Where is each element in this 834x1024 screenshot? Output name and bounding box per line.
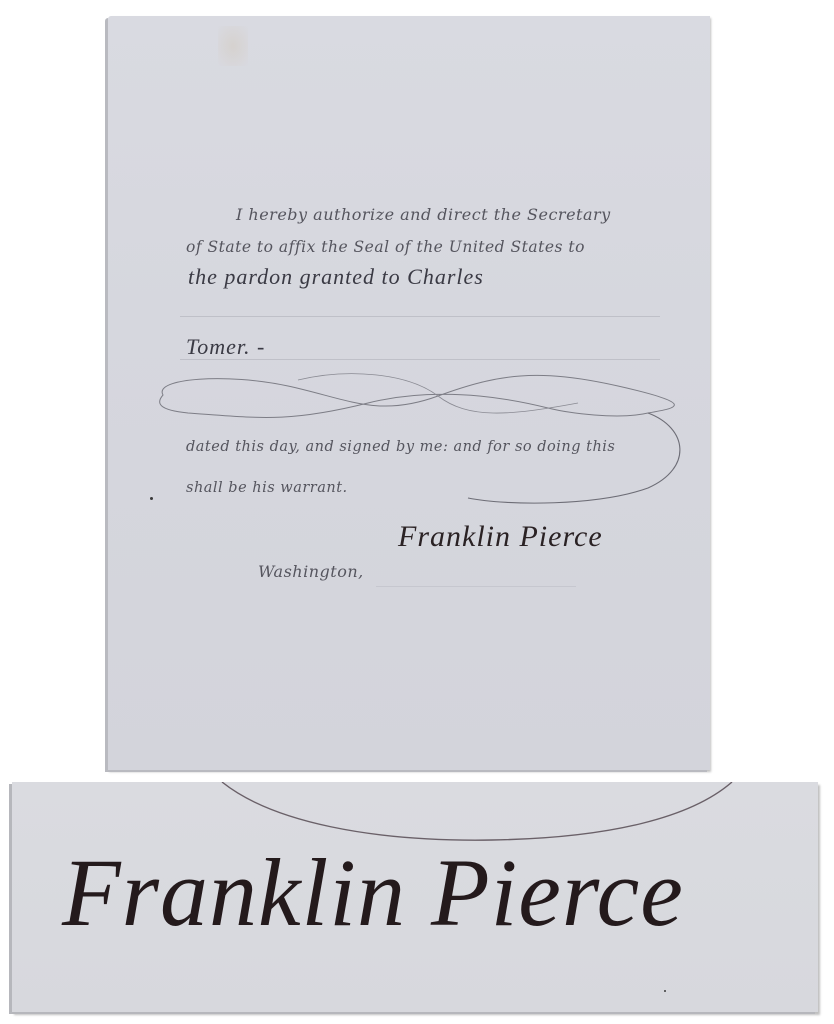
paper-stain <box>218 26 248 66</box>
place-label: Washington, <box>258 562 364 581</box>
ink-speck-strip <box>664 990 666 992</box>
signature: Franklin Pierce <box>398 520 603 554</box>
fill-line-2 <box>180 359 660 360</box>
pardon-recipient-line-2: Tomer. - <box>186 334 265 360</box>
pardon-recipient-line-1: the pardon granted to Charles <box>188 264 484 290</box>
body-line-5: dated this day, and signed by me: and fo… <box>186 439 615 455</box>
ink-speck <box>150 497 153 500</box>
body-line-2: of State to affix the Seal of the United… <box>186 238 585 256</box>
signature-enlarged: Franklin Pierce <box>62 837 684 948</box>
body-line-6: shall be his warrant. <box>186 480 348 496</box>
signature-detail-strip: Franklin Pierce <box>12 782 818 1012</box>
fill-line-place <box>376 586 576 587</box>
body-line-1: I hereby authorize and direct the Secret… <box>236 205 611 224</box>
fill-line-1 <box>180 316 660 317</box>
document-page: I hereby authorize and direct the Secret… <box>108 16 710 770</box>
